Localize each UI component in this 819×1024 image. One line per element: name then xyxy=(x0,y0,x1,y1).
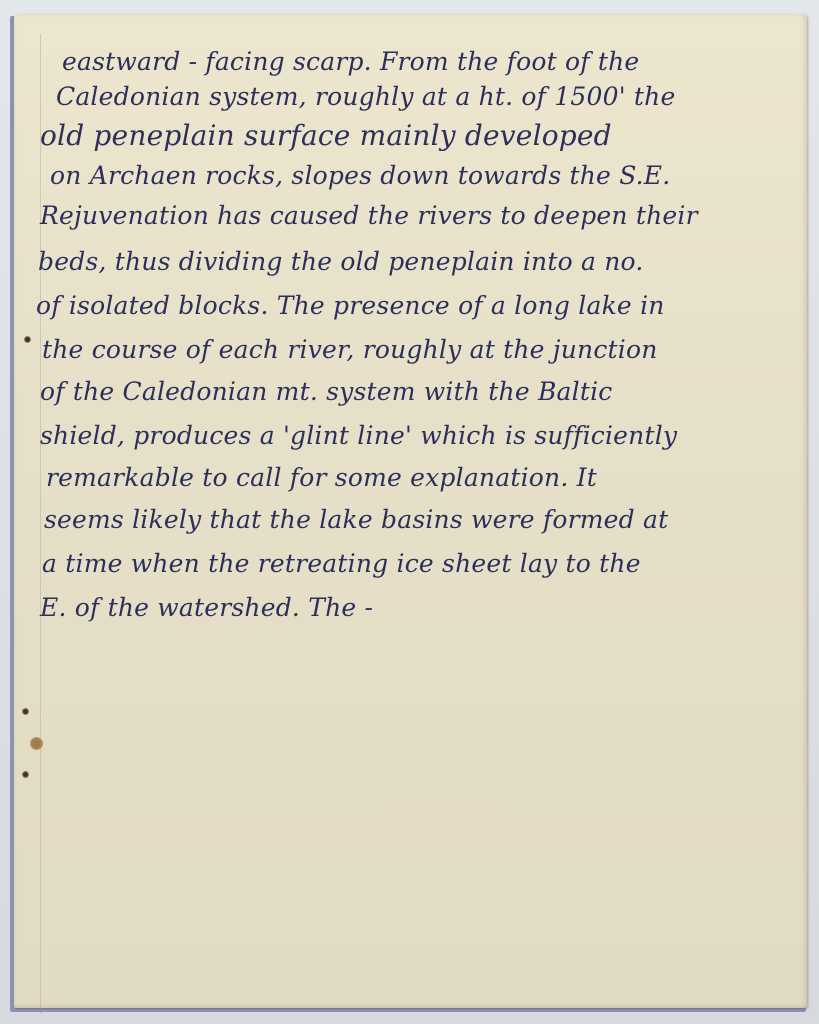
text-line: remarkable to call for some explanation.… xyxy=(46,458,597,498)
text-line: beds, thus dividing the old peneplain in… xyxy=(38,242,644,282)
manuscript-page: eastward - facing scarp. From the foot o… xyxy=(14,14,807,1008)
text-line: eastward - facing scarp. From the foot o… xyxy=(62,42,639,82)
text-line: on Archaen rocks, slopes down towards th… xyxy=(50,156,670,196)
text-line: Rejuvenation has caused the rivers to de… xyxy=(40,196,698,236)
text-line: E. of the watershed. The - xyxy=(40,588,373,628)
text-line: shield, produces a 'glint line' which is… xyxy=(40,416,677,456)
text-line: old peneplain surface mainly developed xyxy=(40,116,612,156)
text-line: of the Caledonian mt. system with the Ba… xyxy=(40,372,612,412)
text-line: Caledonian system, roughly at a ht. of 1… xyxy=(56,77,675,117)
text-line: seems likely that the lake basins were f… xyxy=(44,500,668,540)
text-line: of isolated blocks. The presence of a lo… xyxy=(36,286,665,326)
text-line: a time when the retreating ice sheet lay… xyxy=(42,544,641,584)
rust-stain xyxy=(30,737,43,750)
punch-hole xyxy=(22,708,29,715)
text-line: the course of each river, roughly at the… xyxy=(42,330,658,370)
punch-hole xyxy=(22,771,29,778)
punch-hole xyxy=(24,336,31,343)
margin-crease xyxy=(40,34,41,1014)
